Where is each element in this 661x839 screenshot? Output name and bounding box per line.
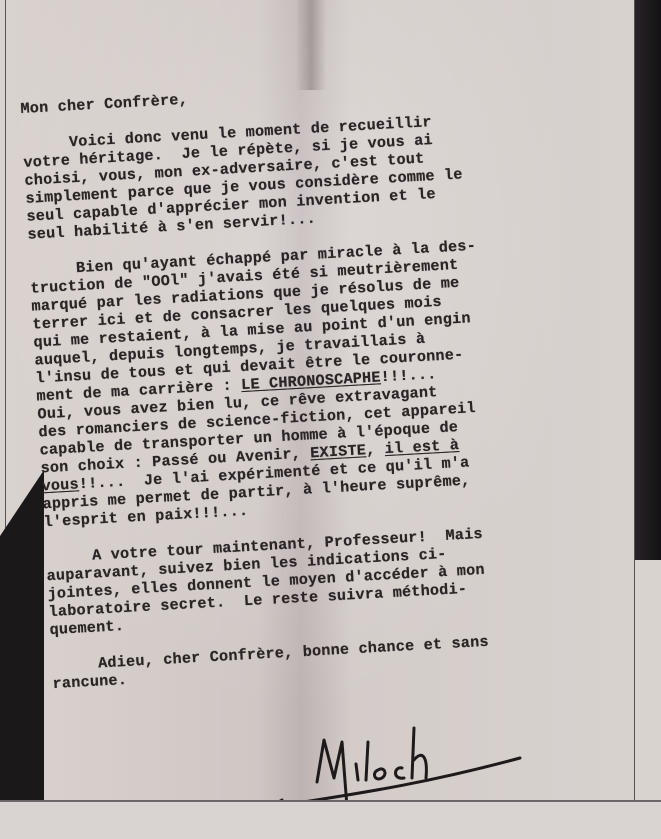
text-segment: , [366,440,386,459]
typewritten-letter: Mon cher Confrère, Voici donc venu le mo… [20,65,661,693]
paper-fold-shadow [296,0,326,90]
paragraph-2: Bien qu'ayant échappé par miracle à la d… [29,227,661,531]
emphasis-vous: vous [41,475,79,495]
page-bottom-edge [0,800,661,839]
paragraph-1: Voici donc venu le moment de recueillir … [22,101,647,243]
paragraph-3: A votre tour maintenant, Professeur! Mai… [45,515,661,639]
